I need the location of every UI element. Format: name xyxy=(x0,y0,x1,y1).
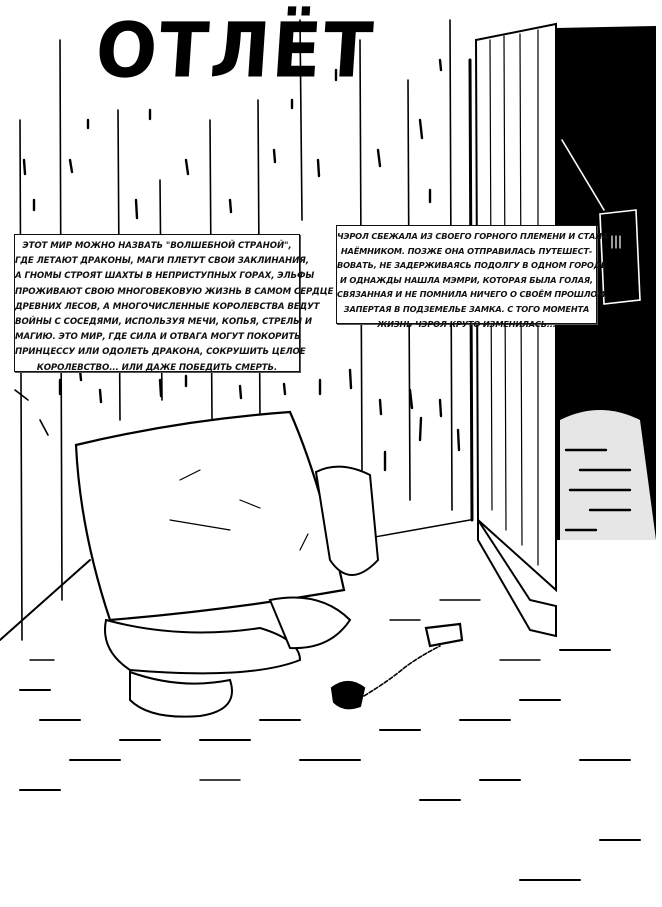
narration-box-world: ЭТОТ МИР МОЖНО НАЗВАТЬ "ВОЛШЕБНОЙ СТРАНО… xyxy=(14,234,300,372)
caption-line: ДРЕВНИХ ЛЕСОВ, А МНОГОЧИСЛЕННЫЕ КОРОЛЕВС… xyxy=(15,300,299,315)
caption-line: МАГИЮ. ЭТО МИР, ГДЕ СИЛА И ОТВАГА МОГУТ … xyxy=(15,330,299,345)
caption-line: ВОВАТЬ, НЕ ЗАДЕРЖИВАЯСЬ ПОДОЛГУ В ОДНОМ … xyxy=(337,258,596,273)
caption-line: КОРОЛЕВСТВО... ИЛИ ДАЖЕ ПОБЕДИТЬ СМЕРТЬ. xyxy=(15,361,299,376)
caption-line: А ГНОМЫ СТРОЯТ ШАХТЫ В НЕПРИСТУПНЫХ ГОРА… xyxy=(15,269,299,284)
wall-floor-edge xyxy=(0,560,90,640)
caption-line: ПРИНЦЕССУ ИЛИ ОДОЛЕТЬ ДРАКОНА, СОКРУШИТЬ… xyxy=(15,345,299,360)
caption-line: СВЯЗАННАЯ И НЕ ПОМНИЛА НИЧЕГО О СВОЁМ ПР… xyxy=(337,287,596,302)
caption-line: НАЁМНИКОМ. ПОЗЖЕ ОНА ОТПРАВИЛАСЬ ПУТЕШЕС… xyxy=(337,244,596,259)
comic-artwork xyxy=(0,0,662,907)
caption-line: ГДЕ ЛЕТАЮТ ДРАКОНЫ, МАГИ ПЛЕТУТ СВОИ ЗАК… xyxy=(15,254,299,269)
caption-line: ПРОЖИВАЮТ СВОЮ МНОГОВЕКОВУЮ ЖИЗНЬ В САМО… xyxy=(15,285,299,300)
pillow xyxy=(76,412,344,620)
caption-line: И ОДНАЖДЫ НАШЛА МЭМРИ, КОТОРАЯ БЫЛА ГОЛА… xyxy=(337,273,596,288)
narration-box-cheryl: ЧЭРОЛ СБЕЖАЛА ИЗ СВОЕГО ГОРНОГО ПЛЕМЕНИ … xyxy=(336,225,597,324)
caption-line: ЖИЗНЬ ЧЭРОЛ КРУТО ИЗМЕНИЛАСЬ... xyxy=(337,317,596,332)
caption-line: ЭТОТ МИР МОЖНО НАЗВАТЬ "ВОЛШЕБНОЙ СТРАНО… xyxy=(15,239,299,254)
broken-shackles xyxy=(332,624,462,708)
caption-line: ЗАПЕРТАЯ В ПОДЗЕМЕЛЬЕ ЗАМКА. С ТОГО МОМЕ… xyxy=(337,302,596,317)
page-title: ОТЛЁТ xyxy=(93,2,339,99)
comic-page: ОТЛЁТ ЭТОТ МИР МОЖНО НАЗВАТЬ "ВОЛШЕБНОЙ … xyxy=(0,0,662,907)
caption-line: ЧЭРОЛ СБЕЖАЛА ИЗ СВОЕГО ГОРНОГО ПЛЕМЕНИ … xyxy=(337,229,596,244)
caption-line: ВОЙНЫ С СОСЕДЯМИ, ИСПОЛЬЗУЯ МЕЧИ, КОПЬЯ,… xyxy=(15,315,299,330)
